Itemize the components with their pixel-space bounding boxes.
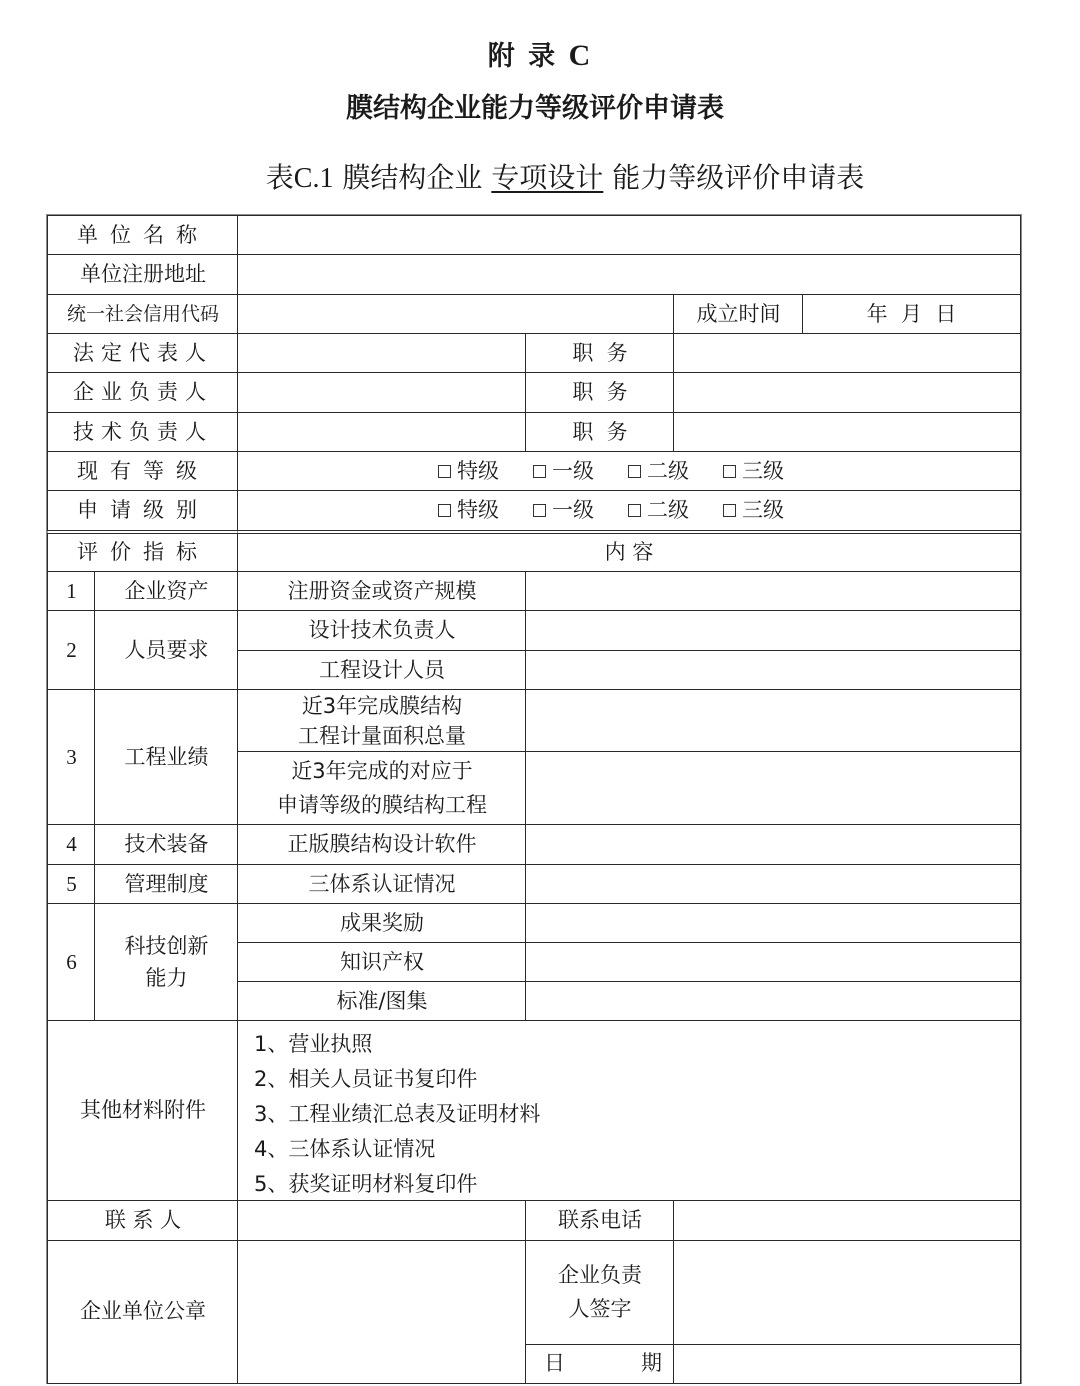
item-category: 人员要求 <box>94 610 239 691</box>
checkbox-icon[interactable] <box>533 465 546 478</box>
item-content-field[interactable] <box>525 689 1021 753</box>
item-number: 3 <box>47 689 96 826</box>
legal-rep-position-field[interactable] <box>673 333 1021 374</box>
content-header: 内 容 <box>237 530 1021 573</box>
item-category: 技术装备 <box>94 824 239 866</box>
tech-head-label: 技术负责人 <box>47 412 239 453</box>
subitem-line: 工程计量面积总量 <box>298 721 466 751</box>
item-content-field[interactable] <box>525 610 1021 651</box>
apply-grade-options: 特级 一级 二级 三级 <box>237 490 1021 531</box>
table-title: 表C.1 膜结构企业 专项设计 能力等级评价申请表 <box>0 156 1080 196</box>
appendix-letter: C <box>569 39 593 72</box>
tech-head-position-label: 职 务 <box>525 412 675 453</box>
apply-grade-special[interactable]: 特级 <box>438 495 499 527</box>
main-title: 膜结构企业能力等级评价申请表 <box>0 86 1070 125</box>
attachment-item: 4、三体系认证情况 <box>254 1132 435 1167</box>
apply-grade-label: 申请级别 <box>47 490 239 531</box>
subitem-line: 近3年完成膜结构 <box>302 691 462 721</box>
contact-field[interactable] <box>237 1200 527 1242</box>
date-label-char: 期 <box>641 1348 662 1380</box>
apply-grade-first[interactable]: 一级 <box>533 495 594 527</box>
item-category: 工程业绩 <box>94 689 239 826</box>
established-date-field[interactable]: 年 月 日 <box>802 294 1021 335</box>
legal-rep-label: 法定代表人 <box>47 333 239 374</box>
attachment-item: 3、工程业绩汇总表及证明材料 <box>254 1097 540 1132</box>
grade-option-label: 一级 <box>552 495 594 527</box>
attachments-list: 1、营业执照 2、相关人员证书复印件 3、工程业绩汇总表及证明材料 4、三体系认… <box>237 1020 1021 1202</box>
tech-head-field[interactable] <box>237 412 527 453</box>
appendix-heading: 附 录 C <box>0 34 1080 73</box>
table-title-after: 能力等级评价申请表 <box>612 161 864 194</box>
attachments-label: 其他材料附件 <box>47 1020 239 1202</box>
item-subitem: 成果奖励 <box>237 903 527 944</box>
checkbox-icon[interactable] <box>628 465 641 478</box>
subitem-line: 近3年完成的对应于 <box>291 755 472 789</box>
item-content-field[interactable] <box>525 864 1021 905</box>
contact-label: 联 系 人 <box>47 1200 239 1242</box>
table-title-before: 膜结构企业 <box>342 161 482 194</box>
enterprise-head-position-label: 职 务 <box>525 372 675 413</box>
item-category: 管理制度 <box>94 864 239 905</box>
signature-label-line: 人签字 <box>569 1293 632 1327</box>
item-content-field[interactable] <box>525 824 1021 866</box>
table-title-underlined: 专项设计 <box>491 161 603 194</box>
seal-label: 企业单位公章 <box>47 1240 239 1384</box>
date-label: 日 期 <box>525 1344 675 1384</box>
checkbox-icon[interactable] <box>533 504 546 517</box>
grade-option-label: 特级 <box>457 456 499 488</box>
apply-grade-third[interactable]: 三级 <box>723 495 784 527</box>
checkbox-icon[interactable] <box>438 504 451 517</box>
attachment-item: 2、相关人员证书复印件 <box>254 1062 477 1097</box>
table-prefix: 表 <box>266 161 294 194</box>
item-content-field[interactable] <box>525 942 1021 983</box>
checkbox-icon[interactable] <box>723 504 736 517</box>
item-subitem: 知识产权 <box>237 942 527 983</box>
item-content-field[interactable] <box>525 981 1021 1022</box>
tech-head-position-field[interactable] <box>673 412 1021 453</box>
current-grade-special[interactable]: 特级 <box>438 456 499 488</box>
item-content-field[interactable] <box>525 751 1021 826</box>
phone-label: 联系电话 <box>525 1200 675 1242</box>
item-number: 4 <box>47 824 96 866</box>
item-content-field[interactable] <box>525 650 1021 691</box>
signature-label: 企业负责 人签字 <box>525 1240 675 1346</box>
enterprise-head-label: 企业负责人 <box>47 372 239 413</box>
legal-rep-field[interactable] <box>237 333 527 374</box>
checkbox-icon[interactable] <box>438 465 451 478</box>
item-subitem: 设计技术负责人 <box>237 610 527 651</box>
item-content-field[interactable] <box>525 903 1021 944</box>
current-grade-third[interactable]: 三级 <box>723 456 784 488</box>
item-subitem: 近3年完成膜结构 工程计量面积总量 <box>237 689 527 753</box>
item-subitem: 正版膜结构设计软件 <box>237 824 527 866</box>
seal-field[interactable] <box>237 1240 527 1384</box>
item-subitem: 三体系认证情况 <box>237 864 527 905</box>
table-number: C.1 <box>294 163 334 194</box>
item-content-field[interactable] <box>525 571 1021 612</box>
current-grade-label: 现有等级 <box>47 451 239 492</box>
attachment-item: 5、获奖证明材料复印件 <box>254 1167 477 1202</box>
apply-grade-second[interactable]: 二级 <box>628 495 689 527</box>
reg-address-field[interactable] <box>237 254 1021 295</box>
item-category: 企业资产 <box>94 571 239 612</box>
legal-rep-position-label: 职 务 <box>525 333 675 374</box>
grade-option-label: 一级 <box>552 456 594 488</box>
index-header: 评价指标 <box>47 530 239 573</box>
current-grade-options: 特级 一级 二级 三级 <box>237 451 1021 492</box>
grade-option-label: 二级 <box>647 495 689 527</box>
checkbox-icon[interactable] <box>723 465 736 478</box>
current-grade-first[interactable]: 一级 <box>533 456 594 488</box>
credit-code-label: 统一社会信用代码 <box>47 294 239 335</box>
signature-label-line: 企业负责 <box>558 1259 642 1293</box>
unit-name-field[interactable] <box>237 215 1021 256</box>
category-line: 科技创新 <box>125 931 209 963</box>
enterprise-head-position-field[interactable] <box>673 372 1021 413</box>
appendix-label: 附 录 <box>488 41 557 72</box>
phone-field[interactable] <box>673 1200 1021 1242</box>
item-number: 6 <box>47 903 96 1022</box>
grade-option-label: 三级 <box>742 456 784 488</box>
date-label-char: 日 <box>544 1348 565 1380</box>
item-number: 2 <box>47 610 96 691</box>
signature-field[interactable] <box>673 1240 1021 1346</box>
established-label: 成立时间 <box>673 294 804 335</box>
enterprise-head-field[interactable] <box>237 372 527 413</box>
item-number: 5 <box>47 864 96 905</box>
grade-option-label: 特级 <box>457 495 499 527</box>
grade-option-label: 三级 <box>742 495 784 527</box>
subitem-line: 申请等级的膜结构工程 <box>277 789 487 823</box>
credit-code-field[interactable] <box>237 294 675 335</box>
checkbox-icon[interactable] <box>628 504 641 517</box>
item-number: 1 <box>47 571 96 612</box>
item-subitem: 标准/图集 <box>237 981 527 1022</box>
date-field[interactable] <box>673 1344 1021 1384</box>
attachment-item: 1、营业执照 <box>254 1027 372 1062</box>
unit-name-label: 单位名称 <box>47 215 239 256</box>
item-subitem: 注册资金或资产规模 <box>237 571 527 612</box>
item-category: 科技创新 能力 <box>94 903 239 1022</box>
current-grade-second[interactable]: 二级 <box>628 456 689 488</box>
item-subitem: 近3年完成的对应于 申请等级的膜结构工程 <box>237 751 527 826</box>
category-line: 能力 <box>146 963 188 995</box>
item-subitem: 工程设计人员 <box>237 650 527 691</box>
reg-address-label: 单位注册地址 <box>47 254 239 295</box>
grade-option-label: 二级 <box>647 456 689 488</box>
